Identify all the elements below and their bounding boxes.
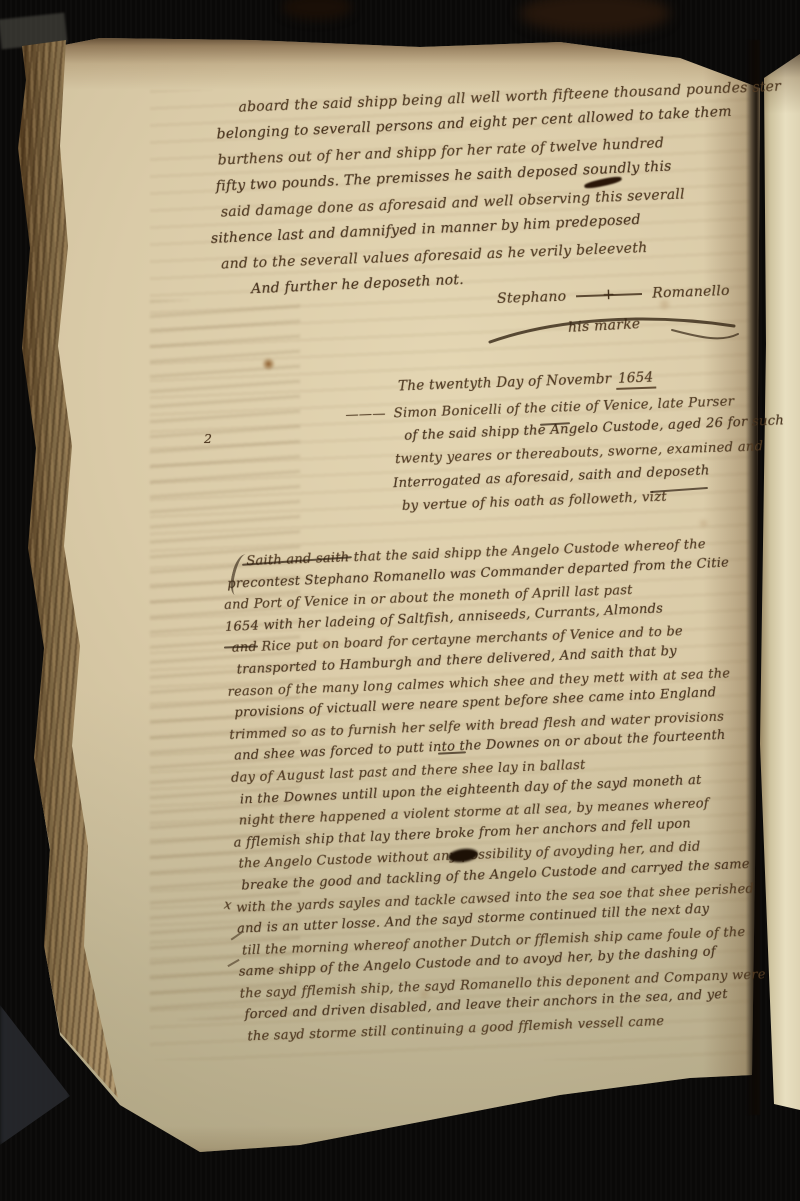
foxing-spot (700, 520, 707, 527)
intro-dash: ——— (345, 403, 386, 428)
closing-paragraph: aboard the said shipp being all well wor… (205, 72, 789, 304)
margin-folio-number: 2 (204, 431, 212, 446)
deponent-paragraph: ——— Simon Bonicelli of the citie of Veni… (345, 387, 787, 520)
page-stain (262, 358, 275, 370)
signature-mark-stroke: + (576, 293, 642, 297)
deposition-paragraph: Saith and saith that the said shipp the … (222, 531, 768, 1048)
margin-x-mark: x (223, 898, 233, 914)
foxing-spot (420, 990, 429, 998)
manuscript-photograph: aboard the said shipp being all well wor… (0, 0, 800, 1201)
foxing-spot (320, 640, 328, 648)
signature-flourish (482, 300, 742, 358)
foxing-spot (660, 300, 669, 309)
date-heading-year: 1654 (616, 369, 657, 389)
signature-name-last: Romanello (652, 283, 730, 302)
